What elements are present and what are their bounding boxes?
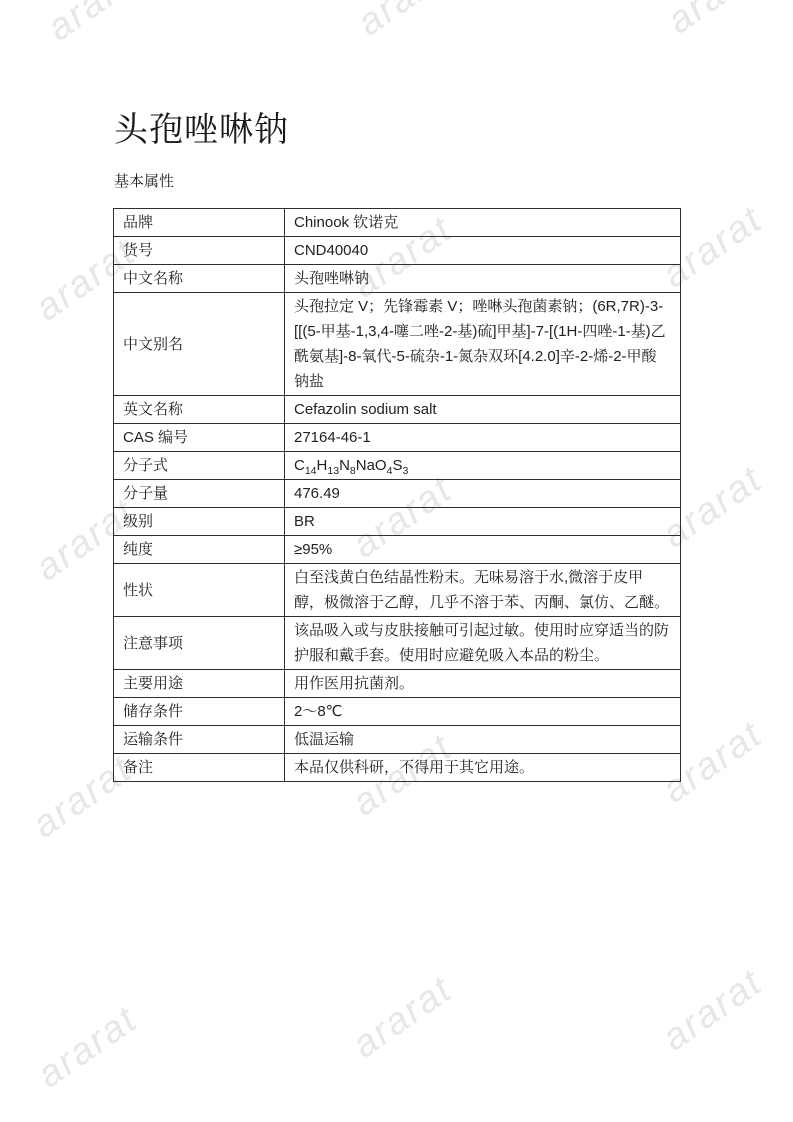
- table-row: 备注本品仅供科研，不得用于其它用途。: [114, 754, 681, 782]
- property-value: ≥95%: [285, 536, 681, 564]
- property-value: 低温运输: [285, 726, 681, 754]
- property-label: 纯度: [114, 536, 285, 564]
- property-label: 主要用途: [114, 670, 285, 698]
- table-row: 性状白至浅黄白色结晶性粉末。无味易溶于水,微溶于皮甲醇，极微溶于乙醇，几乎不溶于…: [114, 564, 681, 617]
- properties-table-body: 品牌Chinook 钦诺克货号CND40040中文名称头孢唑啉钠中文别名头孢拉定…: [114, 209, 681, 782]
- table-row: 中文别名头孢拉定 V；先锋霉素 V；唑啉头孢菌素钠；(6R,7R)-3-[[(5…: [114, 293, 681, 396]
- property-value: C14H13N8NaO4S3: [285, 452, 681, 480]
- property-label: 货号: [114, 237, 285, 265]
- table-row: 纯度≥95%: [114, 536, 681, 564]
- property-label: 分子式: [114, 452, 285, 480]
- property-label: CAS 编号: [114, 424, 285, 452]
- property-value: 27164-46-1: [285, 424, 681, 452]
- property-label: 中文名称: [114, 265, 285, 293]
- property-value: 白至浅黄白色结晶性粉末。无味易溶于水,微溶于皮甲醇，极微溶于乙醇，几乎不溶于苯、…: [285, 564, 681, 617]
- property-label: 储存条件: [114, 698, 285, 726]
- table-row: 主要用途用作医用抗菌剂。: [114, 670, 681, 698]
- property-label: 注意事项: [114, 617, 285, 670]
- table-row: 分子量476.49: [114, 480, 681, 508]
- section-heading: 基本属性: [114, 170, 174, 191]
- property-label: 性状: [114, 564, 285, 617]
- property-label: 品牌: [114, 209, 285, 237]
- property-value: 2～8℃: [285, 698, 681, 726]
- property-label: 级别: [114, 508, 285, 536]
- property-label: 备注: [114, 754, 285, 782]
- page-title: 头孢唑啉钠: [114, 102, 289, 151]
- property-value: BR: [285, 508, 681, 536]
- property-value: 用作医用抗菌剂。: [285, 670, 681, 698]
- property-value: 476.49: [285, 480, 681, 508]
- property-label: 运输条件: [114, 726, 285, 754]
- table-row: 运输条件低温运输: [114, 726, 681, 754]
- table-row: 储存条件2～8℃: [114, 698, 681, 726]
- table-row: 品牌Chinook 钦诺克: [114, 209, 681, 237]
- property-value: 本品仅供科研，不得用于其它用途。: [285, 754, 681, 782]
- property-value: Cefazolin sodium salt: [285, 396, 681, 424]
- property-label: 中文别名: [114, 293, 285, 396]
- property-label: 英文名称: [114, 396, 285, 424]
- property-value: 该品吸入或与皮肤接触可引起过敏。使用时应穿适当的防护服和戴手套。使用时应避免吸入…: [285, 617, 681, 670]
- table-row: 中文名称头孢唑啉钠: [114, 265, 681, 293]
- property-label: 分子量: [114, 480, 285, 508]
- property-value: 头孢拉定 V；先锋霉素 V；唑啉头孢菌素钠；(6R,7R)-3-[[(5-甲基-…: [285, 293, 681, 396]
- document-page: 头孢唑啉钠 基本属性 品牌Chinook 钦诺克货号CND40040中文名称头孢…: [0, 0, 793, 1122]
- table-row: 货号CND40040: [114, 237, 681, 265]
- table-row: 英文名称Cefazolin sodium salt: [114, 396, 681, 424]
- table-row: 分子式C14H13N8NaO4S3: [114, 452, 681, 480]
- table-row: CAS 编号27164-46-1: [114, 424, 681, 452]
- property-value: 头孢唑啉钠: [285, 265, 681, 293]
- table-row: 注意事项该品吸入或与皮肤接触可引起过敏。使用时应穿适当的防护服和戴手套。使用时应…: [114, 617, 681, 670]
- properties-table: 品牌Chinook 钦诺克货号CND40040中文名称头孢唑啉钠中文别名头孢拉定…: [113, 208, 681, 782]
- property-value: CND40040: [285, 237, 681, 265]
- table-row: 级别BR: [114, 508, 681, 536]
- property-value: Chinook 钦诺克: [285, 209, 681, 237]
